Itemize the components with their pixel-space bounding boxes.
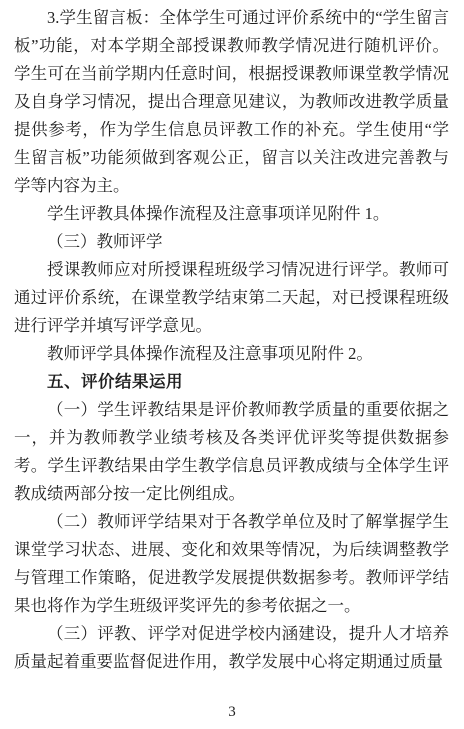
paragraph: 授课教师应对所授课程班级学习情况进行评学。教师可通过评价系统，在课堂教学结束第二… xyxy=(14,256,449,340)
paragraph: 教师评学具体操作流程及注意事项见附件 2。 xyxy=(14,340,449,368)
document-page: 3.学生留言板：全体学生可通过评价系统中的“学生留言板”功能，对本学期全部授课教… xyxy=(0,0,464,729)
paragraph: （三）评教、评学对促进学校内涵建设，提升人才培养质量起着重要监督促进作用，教学发… xyxy=(14,620,449,676)
paragraph: （一）学生评教结果是评价教师教学质量的重要依据之一，并为教师教学业绩考核及各类评… xyxy=(14,396,449,508)
paragraph: 3.学生留言板：全体学生可通过评价系统中的“学生留言板”功能，对本学期全部授课教… xyxy=(14,4,449,200)
paragraph: （三）教师评学 xyxy=(14,228,449,256)
page-number: 3 xyxy=(228,704,236,720)
paragraph: 学生评教具体操作流程及注意事项详见附件 1。 xyxy=(14,200,449,228)
document-body: 3.学生留言板：全体学生可通过评价系统中的“学生留言板”功能，对本学期全部授课教… xyxy=(14,4,449,676)
paragraph: （二）教师评学结果对于各教学单位及时了解掌握学生课堂学习状态、进展、变化和效果等… xyxy=(14,508,449,620)
page-footer: 3 xyxy=(0,703,464,721)
section-heading: 五、评价结果运用 xyxy=(14,368,449,396)
